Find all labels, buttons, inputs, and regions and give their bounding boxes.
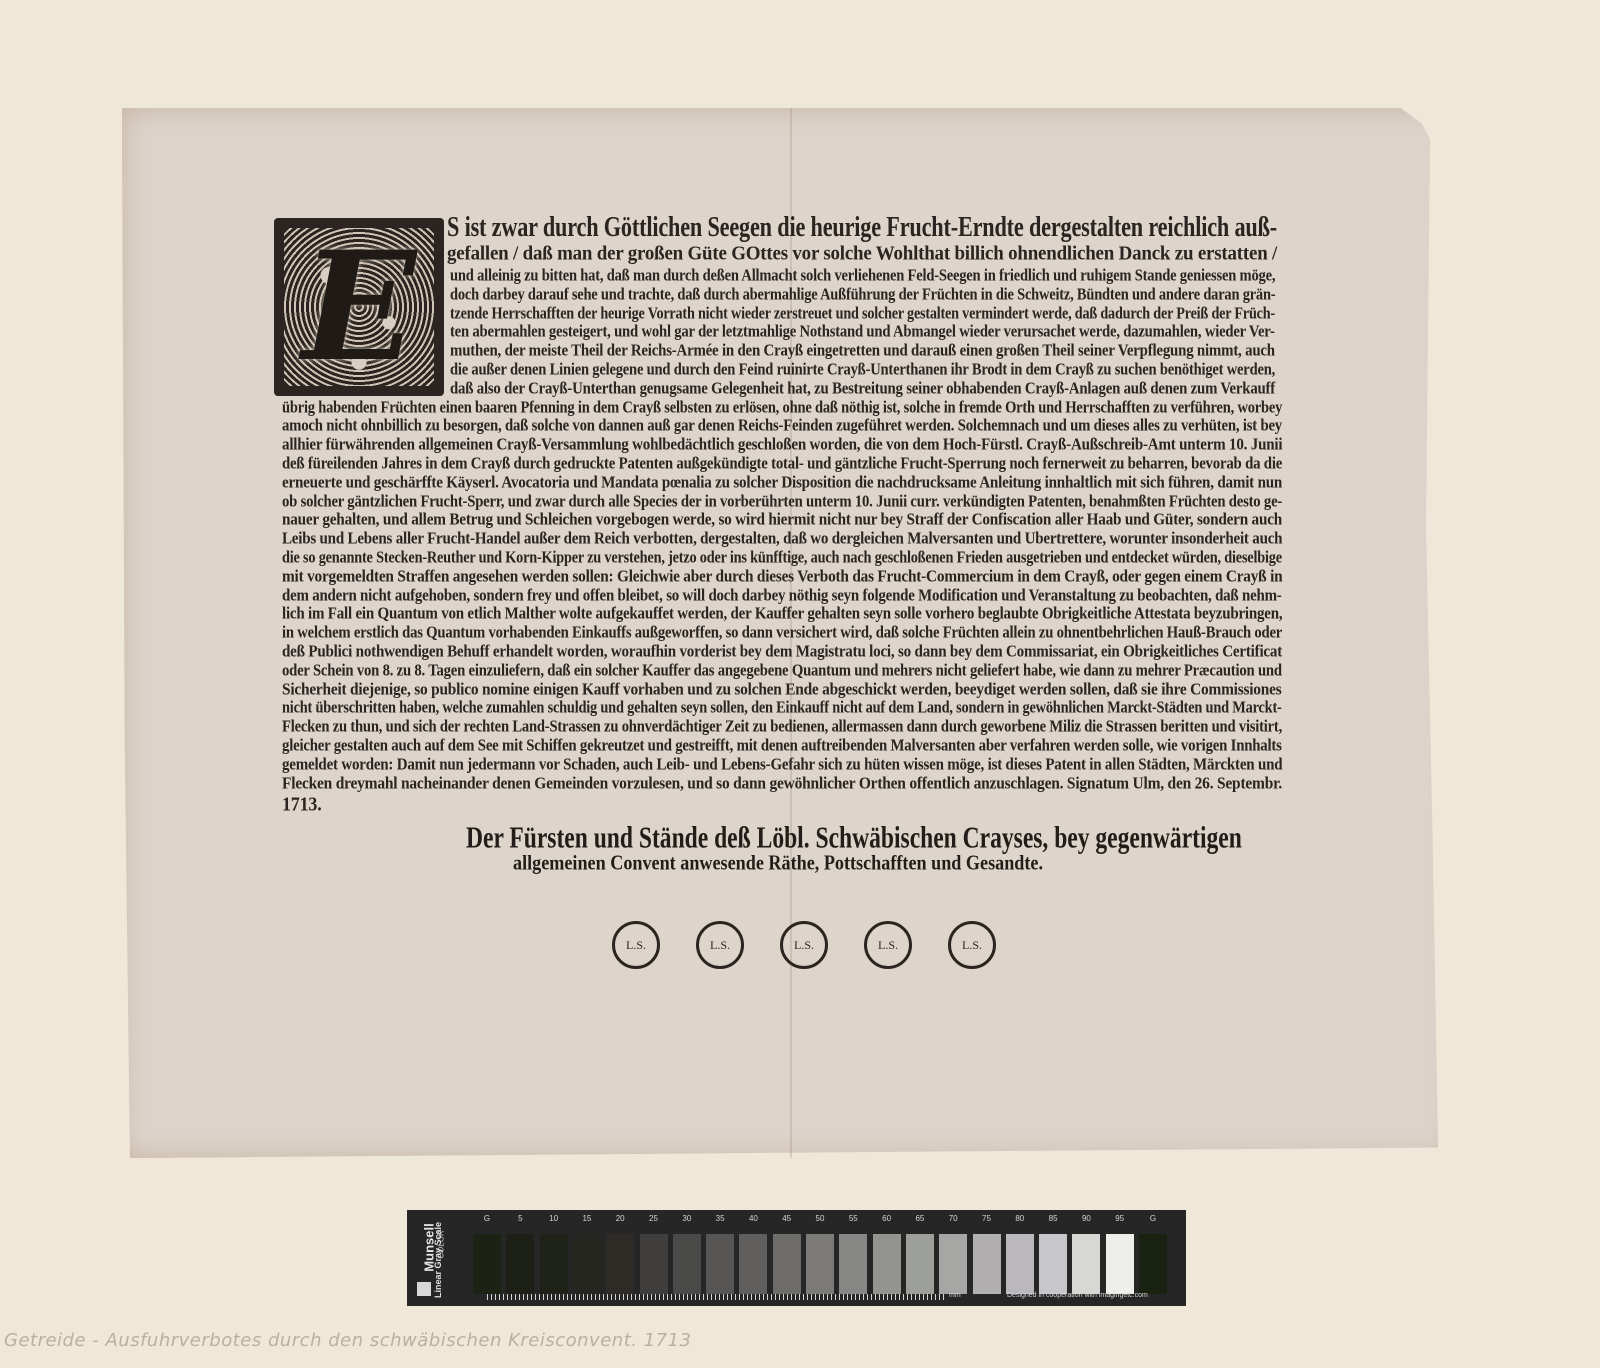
seal-5: L.S. bbox=[948, 921, 996, 969]
gray-patch bbox=[806, 1234, 834, 1294]
patch-label: 35 bbox=[706, 1214, 734, 1223]
document-line: übrig habenden Früchten einen baaren Pfe… bbox=[282, 400, 1282, 417]
gray-patch bbox=[1139, 1234, 1167, 1294]
gray-patch bbox=[673, 1234, 701, 1294]
document-line: deß füreilenden Jahres in dem Crayß durc… bbox=[282, 456, 1282, 473]
gray-patch bbox=[973, 1234, 1001, 1294]
patch-label: 85 bbox=[1039, 1214, 1067, 1223]
gray-patch bbox=[873, 1234, 901, 1294]
patch-label: 40 bbox=[739, 1214, 767, 1223]
document-line: nauer gehalten, und allem Betrug und Sch… bbox=[282, 512, 1282, 529]
document-line: ob solcher gäntzlichen Frucht-Sperr, und… bbox=[282, 494, 1282, 511]
scale-footer: mm Designed in cooperation with imaginge… bbox=[487, 1294, 1177, 1304]
gray-patch bbox=[506, 1234, 534, 1294]
scale-title: Linear Gray Scale bbox=[433, 1222, 443, 1298]
document-line: gemeldet worden: Damit nun jedermann vor… bbox=[282, 757, 1282, 774]
document-line: Flecken zu thun, und sich der rechten La… bbox=[282, 719, 1282, 736]
patch-label: 45 bbox=[773, 1214, 801, 1223]
patch-label: 80 bbox=[1006, 1214, 1034, 1223]
document-line: muthen, der meiste Theil der Reichs-Armé… bbox=[450, 343, 1275, 360]
document-line: gefallen / daß man der großen Güte GOtte… bbox=[447, 243, 1277, 263]
gray-patch bbox=[606, 1234, 634, 1294]
patch-label: 60 bbox=[873, 1214, 901, 1223]
document-line: in welchem erstlich das Quantum vorhaben… bbox=[282, 625, 1282, 642]
seal-4: L.S. bbox=[864, 921, 912, 969]
patch-label: G bbox=[473, 1214, 501, 1223]
gray-patch bbox=[540, 1234, 568, 1294]
gray-patch bbox=[1039, 1234, 1067, 1294]
gray-patch bbox=[739, 1234, 767, 1294]
credit-text: Designed in cooperation with imagingetc.… bbox=[1007, 1292, 1148, 1299]
gray-patch bbox=[706, 1234, 734, 1294]
initial-letter: E bbox=[274, 218, 444, 396]
document-line: daß also der Crayß-Unterthan genugsame G… bbox=[450, 381, 1275, 398]
archive-caption: Getreide - Ausfuhrverbotes durch den sch… bbox=[4, 1330, 692, 1351]
gray-patch bbox=[473, 1234, 501, 1294]
gray-patch bbox=[839, 1234, 867, 1294]
gray-patch bbox=[939, 1234, 967, 1294]
document-line: Leibs und Lebens aller Frucht-Handel auß… bbox=[282, 531, 1282, 548]
document-line: 1713. bbox=[282, 794, 322, 814]
document-line: ten abermahlen gesteigert, und wohl gar … bbox=[450, 324, 1275, 341]
patch-label: 70 bbox=[939, 1214, 967, 1223]
gray-patch bbox=[1106, 1234, 1134, 1294]
document-line: nicht überschritten haben, welche zumahl… bbox=[282, 700, 1282, 717]
document-line: die außer denen Linien gelegene und durc… bbox=[450, 362, 1275, 379]
document-line: oder Schein von 8. zu 8. Tagen einzulief… bbox=[282, 663, 1282, 680]
patch-label: 5 bbox=[506, 1214, 534, 1223]
munsell-gray-scale: Munsell COLOR Linear Gray Scale G5101520… bbox=[407, 1210, 1186, 1306]
patch-label: 65 bbox=[906, 1214, 934, 1223]
document-line: S ist zwar durch Göttlichen Seegen die h… bbox=[447, 213, 1277, 242]
gray-patch bbox=[773, 1234, 801, 1294]
gray-patch bbox=[1006, 1234, 1034, 1294]
seal-1: L.S. bbox=[612, 921, 660, 969]
document-line: dem andern nicht aufgehoben, sondern fre… bbox=[282, 588, 1282, 605]
document-line: tzende Herrschafften der heurige Vorrath… bbox=[450, 306, 1275, 323]
document-line: allhier fürwährenden allgemeinen Crayß-V… bbox=[282, 437, 1282, 454]
patch-label: 25 bbox=[640, 1214, 668, 1223]
unit-label: mm bbox=[949, 1292, 961, 1299]
document-line: erneuerte und geschärffte Käyserl. Avoca… bbox=[282, 475, 1282, 492]
seals-row: L.S. L.S. L.S. L.S. L.S. bbox=[612, 921, 1002, 971]
document-line: deß Publici nothwendigen Behuff erhandel… bbox=[282, 644, 1282, 661]
mm-ruler bbox=[487, 1294, 947, 1300]
document-line: doch darbey darauf sehe und trachte, daß… bbox=[450, 287, 1275, 304]
document-line: Flecken dreymahl nacheinander denen Geme… bbox=[282, 776, 1282, 793]
gray-patch bbox=[640, 1234, 668, 1294]
patch-label: 55 bbox=[839, 1214, 867, 1223]
document-line: die so genannte Stecken-Reuther und Korn… bbox=[282, 550, 1282, 567]
document-line: Sicherheit diejenige, so publico nomine … bbox=[282, 682, 1281, 699]
gray-patch bbox=[906, 1234, 934, 1294]
patch-label: 75 bbox=[973, 1214, 1001, 1223]
patch-label: 20 bbox=[606, 1214, 634, 1223]
document-line: und alleinig zu bitten hat, daß man durc… bbox=[450, 268, 1275, 285]
patch-label: 10 bbox=[540, 1214, 568, 1223]
seal-3: L.S. bbox=[780, 921, 828, 969]
munsell-grid-icon bbox=[417, 1282, 431, 1296]
decorated-initial: E bbox=[274, 218, 444, 396]
document-line: amoch nicht ohnbillich zu besorgen, daß … bbox=[282, 418, 1282, 435]
document-line: lich im Fall ein Quantum von etlich Malt… bbox=[282, 606, 1282, 623]
patch-label: 50 bbox=[806, 1214, 834, 1223]
patch-label: G bbox=[1139, 1214, 1167, 1223]
patch-label: 30 bbox=[673, 1214, 701, 1223]
document-line: mit vorgemeldten Straffen angesehen werd… bbox=[282, 569, 1282, 586]
document-line: gleicher gestalten auch auf dem See mit … bbox=[282, 738, 1282, 755]
signature-line-2: allgemeinen Convent anwesende Räthe, Pot… bbox=[513, 851, 1043, 875]
patch-label: 95 bbox=[1106, 1214, 1134, 1223]
gray-patch bbox=[573, 1234, 601, 1294]
gray-patch bbox=[1072, 1234, 1100, 1294]
seal-2: L.S. bbox=[696, 921, 744, 969]
patch-label: 15 bbox=[573, 1214, 601, 1223]
patch-label: 90 bbox=[1072, 1214, 1100, 1223]
